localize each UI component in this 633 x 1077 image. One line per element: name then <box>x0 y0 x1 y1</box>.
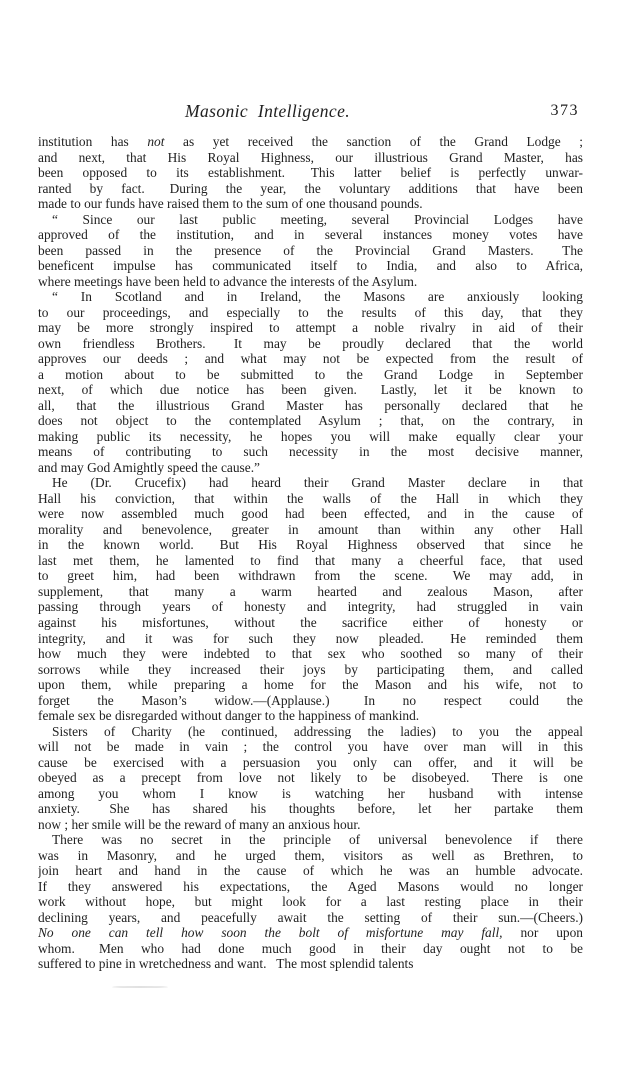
text-line: Hall his conviction, that within the wal… <box>38 491 583 507</box>
text-line: whom. Men who had done much good in thei… <box>38 941 583 957</box>
text-line: approves our deeds ; and what may not be… <box>38 351 583 367</box>
paragraph: institution has not as yet received the … <box>38 134 583 212</box>
paragraph: “ In Scotland and in Ireland, the Masons… <box>38 289 583 475</box>
text-line: If they answered his expectations, the A… <box>38 879 583 895</box>
paragraph: Sisters of Charity (he continued, addres… <box>38 724 583 833</box>
text-line: against his misfortunes, without the sac… <box>38 615 583 631</box>
text-line: to our proceedings, and especially to th… <box>38 305 583 321</box>
text-line: approved of the institution, and in seve… <box>38 227 583 243</box>
text-line: means of contributing to such necessity … <box>38 444 583 460</box>
text-line: where meetings have been held to advance… <box>38 274 583 290</box>
text-line: in the known world. But His Royal Highne… <box>38 537 583 553</box>
page-body: institution has not as yet received the … <box>38 134 583 972</box>
text-line: upon them, while preparing a home for th… <box>38 677 583 693</box>
text-line: now ; her smile will be the reward of ma… <box>38 817 583 833</box>
text-line: next, of which due notice has been given… <box>38 382 583 398</box>
text-line: was in Masonry, and he urged them, visit… <box>38 848 583 864</box>
page-header: Masonic Intelligence. 373 <box>38 101 583 125</box>
text-line: been opposed to its establishment. This … <box>38 165 583 181</box>
text-line: There was no secret in the principle of … <box>38 832 583 848</box>
text-line: supplement, that many a warm hearted and… <box>38 584 583 600</box>
text-line: cause be exercised with a persuasion you… <box>38 755 583 771</box>
paragraph: He (Dr. Crucefix) had heard their Grand … <box>38 475 583 723</box>
text-line: last met them, he lamented to find that … <box>38 553 583 569</box>
text-line: made to our funds have raised them to th… <box>38 196 583 212</box>
text-line: join heart and hand in the cause of whic… <box>38 863 583 879</box>
text-line: forget the Mason’s widow.—(Applause.) In… <box>38 693 583 709</box>
text-line: ranted by fact. During the year, the vol… <box>38 181 583 197</box>
text-line: He (Dr. Crucefix) had heard their Grand … <box>38 475 583 491</box>
text-line: work without hope, but might look for a … <box>38 894 583 910</box>
text-line: suffered to pine in wretchedness and wan… <box>38 956 583 972</box>
text-line: Sisters of Charity (he continued, addres… <box>38 724 583 740</box>
text-line: morality and benevolence, greater in amo… <box>38 522 583 538</box>
text-line: a motion about to be submitted to the Gr… <box>38 367 583 383</box>
text-line: sorrows while they increased their joys … <box>38 662 583 678</box>
text-line: anxiety. She has shared his thoughts bef… <box>38 801 583 817</box>
text-line: passing through years of honesty and int… <box>38 599 583 615</box>
text-line: making public its necessity, he hopes yo… <box>38 429 583 445</box>
scan-artifact <box>112 986 168 988</box>
paragraph: There was no secret in the principle of … <box>38 832 583 972</box>
text-line: been passed in the presence of the Provi… <box>38 243 583 259</box>
text-line: “ Since our last public meeting, several… <box>38 212 583 228</box>
text-line: among you whom I know is watching her hu… <box>38 786 583 802</box>
text-line: all, that the illustrious Grand Master h… <box>38 398 583 414</box>
text-line: does not object to the contemplated Asyl… <box>38 413 583 429</box>
text-line: declining years, and peacefully await th… <box>38 910 583 926</box>
text-line: will not be made in vain ; the control y… <box>38 739 583 755</box>
text-line: obeyed as a precept from love not likely… <box>38 770 583 786</box>
text-line: “ In Scotland and in Ireland, the Masons… <box>38 289 583 305</box>
scanned-document-page: Masonic Intelligence. 373 institution ha… <box>0 0 633 1077</box>
text-line: may be more strongly inspired to attempt… <box>38 320 583 336</box>
text-line: institution has not as yet received the … <box>38 134 583 150</box>
page-number: 373 <box>551 102 580 120</box>
text-line: own friendless Brothers. It may be proud… <box>38 336 583 352</box>
text-line: and next, that His Royal Highness, our i… <box>38 150 583 166</box>
running-header-title: Masonic Intelligence. <box>185 101 350 122</box>
text-line: No one can tell how soon the bolt of mis… <box>38 925 583 941</box>
text-line: beneficent impulse has communicated itse… <box>38 258 583 274</box>
paragraph: “ Since our last public meeting, several… <box>38 212 583 290</box>
text-line: and may God Amightly speed the cause.” <box>38 460 583 476</box>
text-line: were now assembled much good had been ef… <box>38 506 583 522</box>
text-line: to greet him, had been withdrawn from th… <box>38 568 583 584</box>
text-line: how much they were indebted to that sex … <box>38 646 583 662</box>
text-line: female sex be disregarded without danger… <box>38 708 583 724</box>
text-line: integrity, and it was for such they now … <box>38 631 583 647</box>
